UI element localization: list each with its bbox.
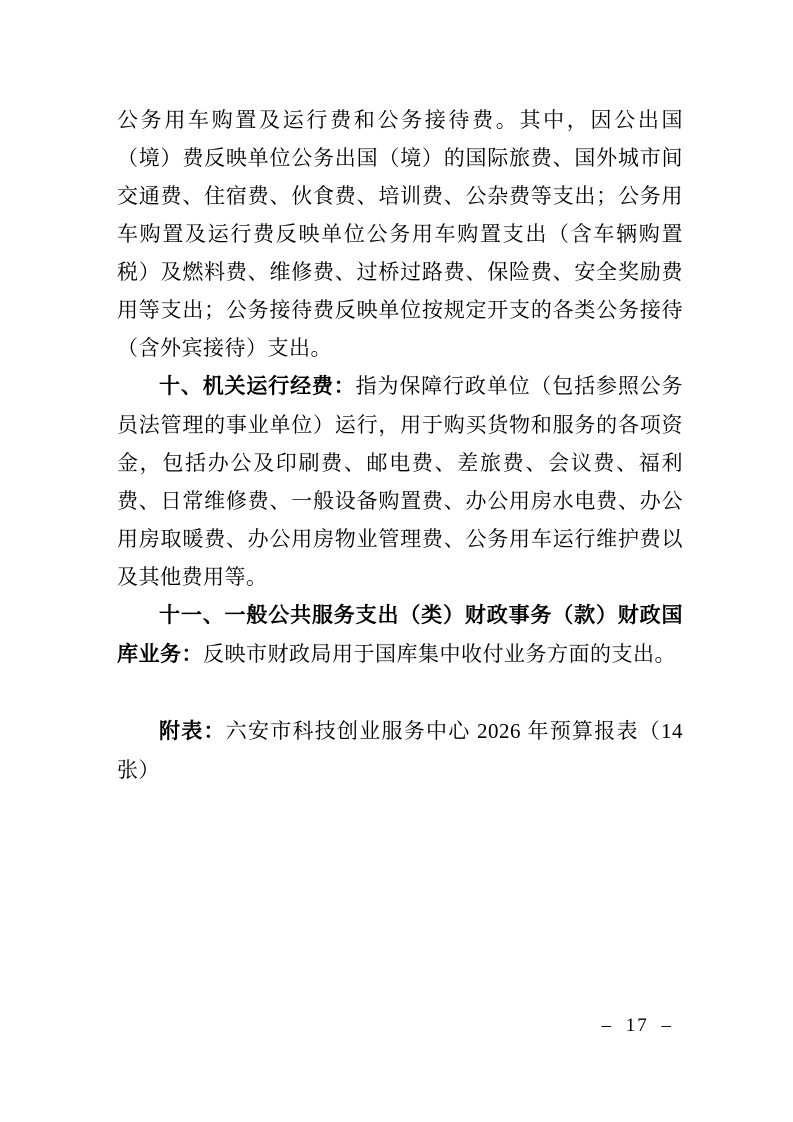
paragraph: 公务用车购置及运行费和公务接待费。其中，因公出国（境）费反映单位公务出国（境）的… — [117, 101, 683, 367]
heading-run: 十、机关运行经费： — [159, 375, 356, 398]
text-run: 反映市财政局用于国库集中收付业务方面的支出。 — [203, 642, 676, 666]
paragraph: 十、机关运行经费：指为保障行政单位（包括参照公务员法管理的事业单位）运行，用于购… — [117, 367, 683, 596]
page-number: – 17 – — [602, 1014, 674, 1038]
paragraph: 十一、一般公共服务支出（类）财政事务（款）财政国库业务：反映市财政局用于国库集中… — [117, 596, 683, 674]
document-body: 公务用车购置及运行费和公务接待费。其中，因公出国（境）费反映单位公务出国（境）的… — [117, 101, 683, 789]
document-page: 公务用车购置及运行费和公务接待费。其中，因公出国（境）费反映单位公务出国（境）的… — [0, 0, 793, 1122]
heading-run: 附表： — [159, 720, 226, 743]
text-run: 公务用车购置及运行费和公务接待费。其中，因公出国（境）费反映单位公务出国（境）的… — [117, 108, 683, 360]
paragraph: 附表：六安市科技创业服务中心 2026 年预算报表（14 张） — [117, 712, 683, 789]
text-run: 指为保障行政单位（包括参照公务员法管理的事业单位）运行，用于购买货物和服务的各项… — [117, 374, 683, 589]
